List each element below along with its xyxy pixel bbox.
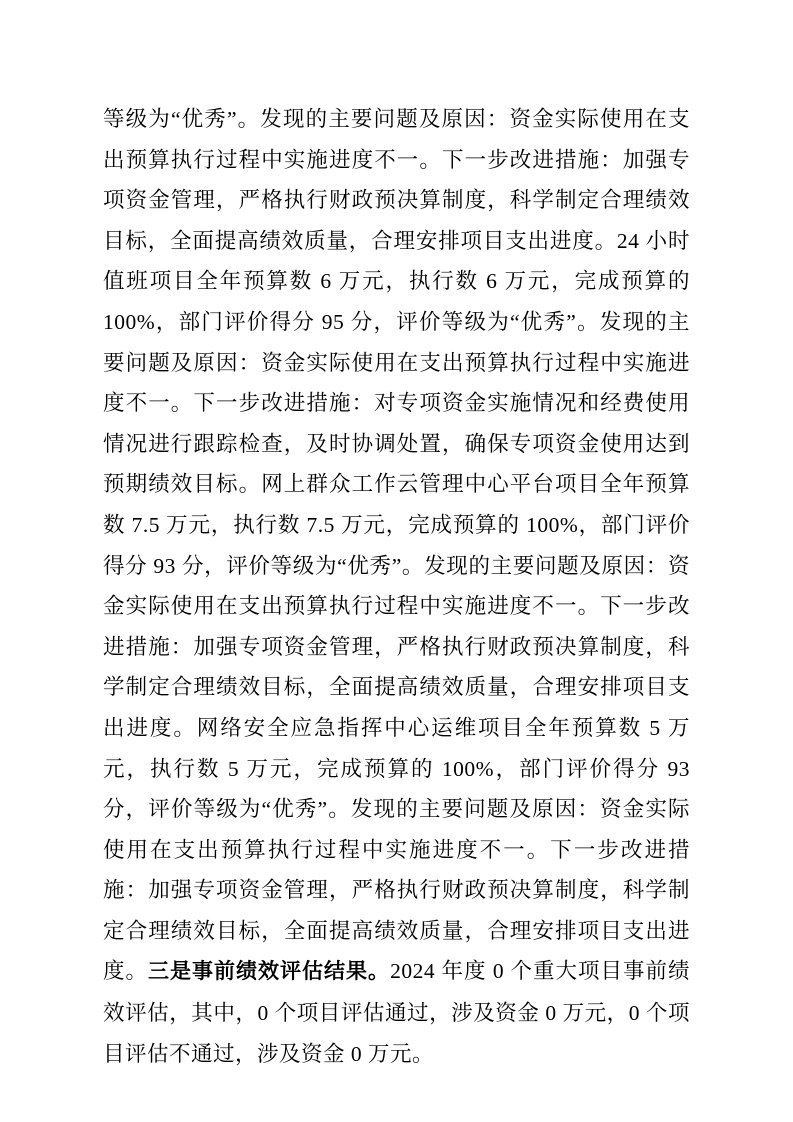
body-paragraph: 等级为“优秀”。发现的主要问题及原因：资金实际使用在支出预算执行过程中实施进度不… (103, 99, 690, 1074)
text-segment-bold: 三是事前绩效评估结果。 (148, 960, 390, 983)
document-page: 等级为“优秀”。发现的主要问题及原因：资金实际使用在支出预算执行过程中实施进度不… (0, 0, 793, 1122)
text-segment-normal: 等级为“优秀”。发现的主要问题及原因：资金实际使用在支出预算执行过程中实施进度不… (103, 107, 690, 983)
